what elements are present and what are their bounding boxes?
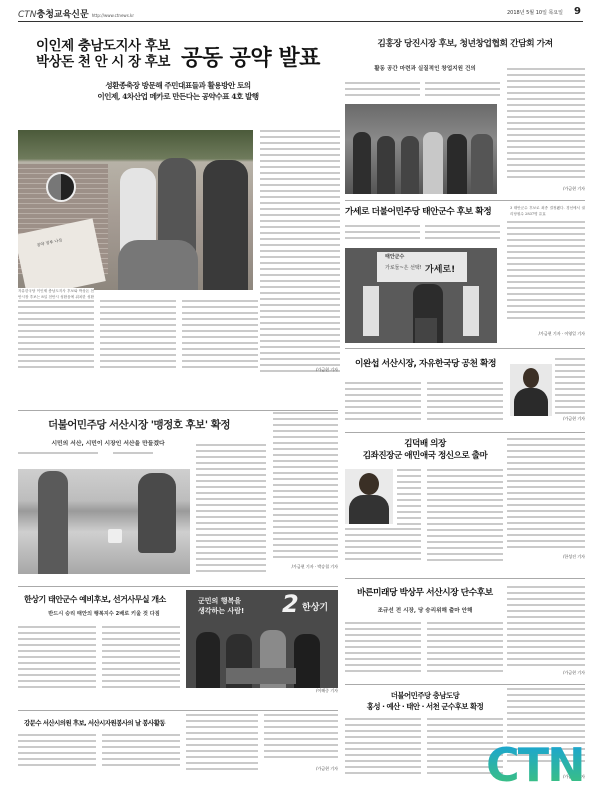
banner-number: 2 [282,590,299,618]
article-maeng-jeongho: 더불어민주당 서산시장 '맹정호 후보' 확정 시민의 서산, 시민이 시장인 … [18,414,338,574]
headline-line-2: 박상돈 천 안 시 장 후보 [36,54,196,70]
subheadline: 반드시 승리 태안의 행복지수 2배로 키울 것 다짐 [24,610,184,617]
article-lee-wansub-seosan: 이완섭 서산시장, 자유한국당 공천 확정 /가금현 기자 [345,352,585,428]
headline: 더불어민주당 충남도당 홍성 · 예산 · 태안 · 서천 군수후보 확정 [345,690,505,712]
divider [345,578,585,579]
article-gaserro-taean: 가세로 더불어민주당 태안군수 후보 확정 3 태안군수 후보로 최종 결정됐다… [345,203,585,343]
person [377,136,395,194]
subheadline: 조규선 전 시장, 당 승리위해 출마 안해 [345,606,505,614]
byline: /가금현 기자 [545,416,585,422]
article-body-col-1 [18,626,96,688]
divider [18,586,338,587]
headline-line-1: 더불어민주당 충남도당 [345,690,505,701]
person-right-kneeling [138,473,176,553]
banner-slogan: 가세로! [425,262,455,275]
banner-name: 태안군수 [385,253,404,260]
article-body-col-3 [186,714,258,770]
banner-line-2: 생각하는 사람! [198,606,244,616]
person-candidate [423,132,443,194]
article-body-col-1 [345,225,420,243]
article-kang-munsu: 강문수 서산시의원 후보, 서산시자원봉사의 날 봉사활동 /가금현 기자 [18,714,338,790]
article-body-col-1 [345,82,420,96]
person [294,634,320,688]
podium-sign [226,668,296,684]
subhead-line-2: 이인제, 4차산업 메카로 만든다는 공약수표 4호 발행 [58,91,298,102]
board-caption: 공약 정부 나섬 [36,237,62,248]
side-note: 3 태안군수 후보로 최종 결정됐다. 경선에서 권리당원수 2837명 유효 [510,205,585,217]
photo-gaserro-rally: 태안군수 가로둘~은 선택! 가세로! [345,248,497,343]
subheadline: 시민의 서산, 시민이 시장인 서산을 만들겠다 [28,438,188,447]
byline: /이해중 기자 [298,688,338,694]
article-body-col-2 [100,300,176,372]
byline: /가금현 기자 [545,670,585,676]
article-body-col-2 [425,82,500,96]
logo-name: 충청교육신문 [37,10,89,20]
subhead-line-1: 성환종축장 방문해 주민대표들과 활용방안 토의 [58,80,298,91]
byline: /가금현 기자 [535,186,585,192]
byline: /가금현 기자 · 박승철 기자 [273,564,338,570]
headline-joint-pledge: 공동 공약 발표 [181,46,320,72]
article-body-col-4 [264,714,338,762]
article-body-right [260,130,340,375]
portrait-suit [514,388,548,416]
headline: 강문수 서산시의원 후보, 서산시자원봉사의 날 봉사활동 [24,718,165,728]
government-emblem-icon [46,172,76,202]
ctn-watermark-logo: CTN [486,742,584,788]
headline: 김덕배 의장 김좌진장군 애민애국 정신으로 출마 [345,438,505,462]
article-body-col-1 [345,382,421,422]
article-body-col-2 [427,382,503,422]
page-number: 9 [574,6,581,17]
article-body-col-1 [345,622,421,676]
article-body-col-3 [273,412,338,562]
person [353,132,371,194]
article-body-col-2 [427,622,503,676]
article-kim-deokbae: 김덕배 의장 김좌진장군 애민애국 정신으로 출마 /한성진 기자 [345,436,585,566]
headline-line-2: 홍성 · 예산 · 태안 · 서천 군수후보 확정 [345,701,505,712]
podium [415,318,437,343]
divider [345,684,585,685]
portrait-kim-deokbae [345,469,393,524]
article-body-col-2 [425,225,500,243]
headline-line-2: 김좌진장군 애민애국 정신으로 출마 [345,450,505,462]
headline: 더불어민주당 서산시장 '맹정호 후보' 확정 [48,418,230,432]
divider [345,432,585,433]
headline-candidates: 이인제 충남도지사 후보 박상돈 천 안 시 장 후보 [36,38,196,70]
photo-maeng-jeongho-field [18,469,190,574]
byline: /가금현 기자 [298,367,338,373]
issue-date: 2018년 5월 10일 목요일 [507,9,563,16]
article-han-sanggi: 한상기 태안군수 예비후보, 선거사무실 개소 반드시 승리 태안의 행복지수 … [18,590,338,694]
person-3 [203,160,248,290]
person [196,632,220,688]
headline-line-1: 김덕배 의장 [345,438,505,450]
campaign-banner: 태안군수 가로둘~은 선택! 가세로! [377,252,467,282]
divider [18,410,338,411]
article-body-col-1a [397,469,421,525]
newspaper-logo: CTN충청교육신문http://www.ctnews.kr [18,7,134,20]
portrait-head [359,473,379,495]
headline: 바른미래당 박상무 서산시장 단수후보 [357,587,493,599]
portrait-suit [349,495,389,524]
banner-line-1: 군민의 행복을 [198,596,244,606]
headline: 가세로 더불어민주당 태안군수 후보 확정 [345,206,491,218]
photo-han-sanggi-office-opening: 군민의 행복을 생각하는 사람! 2 한상기 [186,590,338,688]
subheadline: 성환종축장 방문해 주민대표들과 활용방안 토의 이인제, 4차산업 메카로 만… [58,80,298,102]
big-number-1-right [463,286,479,336]
person [447,134,467,194]
big-number-1-left [363,286,379,336]
byline: /가금현 기자 · 이영일 기자 [510,331,585,337]
banner-sub: 가로둘~은 선택! [385,264,422,271]
article-body-col-2 [196,444,266,574]
person-left [38,471,68,574]
article-lee-park-joint-pledge: 이인제 충남도지사 후보 박상돈 천 안 시 장 후보 공동 공약 발표 성환종… [18,30,338,375]
article-body-col-1 [18,734,96,770]
bucket [108,529,122,543]
article-body-right [555,358,585,416]
banner-text: 군민의 행복을 생각하는 사람! [198,596,244,616]
headline: 김홍장 당진시장 후보, 청년창업협회 간담회 가져 [345,38,585,50]
headline: 이완섭 서산시장, 자유한국당 공천 확정 [355,358,496,370]
portrait-lee-wansub [510,364,552,416]
article-body-col-2 [102,626,180,688]
article-body-intro-2 [113,452,153,456]
article-body-col-2 [427,469,503,564]
article-body-right [507,68,585,180]
article-body-right [507,438,585,550]
headline: 한상기 태안군수 예비후보, 선거사무실 개소 [24,594,166,606]
divider [18,710,338,711]
article-kim-dangjin-youth: 김홍장 당진시장 후보, 청년창업협회 간담회 가져 활동 공간 마련과 실질적… [345,30,585,195]
article-body-right [507,586,585,666]
logo-prefix: CTN [18,10,37,20]
photo-candidates-at-livestock-farm: 공약 정부 나섬 [18,130,253,290]
article-body-col-2 [102,734,180,770]
headline-line-1: 이인제 충남도지사 후보 [36,38,196,54]
person [401,136,419,194]
article-body-right [507,221,585,319]
byline: /가금현 기자 [298,766,338,772]
article-body-col-1 [345,718,421,778]
article-body-col-1 [18,300,94,372]
divider [345,348,585,349]
article-body-intro-1 [18,452,98,456]
subheadline: 활동 공간 마련과 실질적인 창업지원 건의 [350,64,500,72]
person-signing [118,240,198,290]
article-body-col-1b [345,528,421,564]
newspaper-url: http://www.ctnews.kr [92,13,134,18]
article-park-sangmu: 바른미래당 박상무 서산시장 단수후보 조규선 전 시장, 당 승리위해 출마 … [345,582,585,682]
banner-name: 한상기 [302,600,328,613]
article-body-col-3 [182,300,258,372]
portrait-head [523,368,539,388]
divider [345,200,585,201]
photo-youth-association-meeting [345,104,497,194]
byline: /한성진 기자 [545,554,585,560]
article-body-text: 자유한국당 이인제 충남도지사 후보와 박상돈 천안시장 후보는 8일 천안시 … [18,288,94,300]
person [471,134,493,194]
masthead: CTN충청교육신문http://www.ctnews.kr 2018년 5월 1… [18,6,583,22]
